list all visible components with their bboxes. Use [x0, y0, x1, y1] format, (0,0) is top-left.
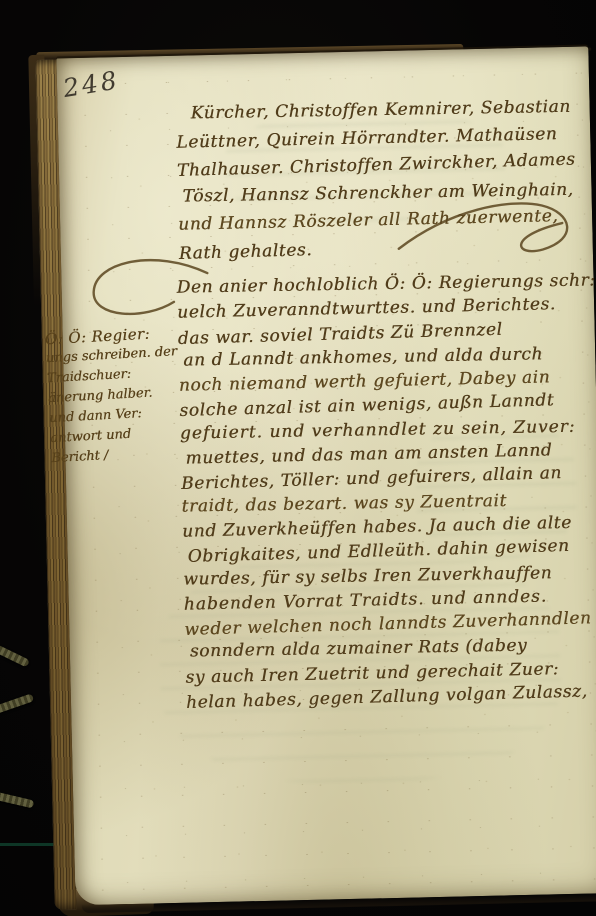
paragraph-2: Den anier hochloblich Ö: Ö: Regierungs s… [176, 267, 596, 714]
binding-cord [0, 693, 34, 714]
folio-number: 248 [61, 65, 122, 103]
manuscript-photo: 248 Ö: Ö: Regier:ungs schreiben. derTrai… [0, 0, 596, 916]
paragraph-1: Kürcher, Christoffen Kemnirer, Sebastian… [175, 93, 577, 267]
manuscript-book: 248 Ö: Ö: Regier:ungs schreiben. derTrai… [28, 38, 596, 916]
binding-cord [0, 645, 30, 668]
manuscript-page: 248 Ö: Ö: Regier:ungs schreiben. derTrai… [56, 46, 596, 905]
binding-cord [0, 792, 34, 809]
